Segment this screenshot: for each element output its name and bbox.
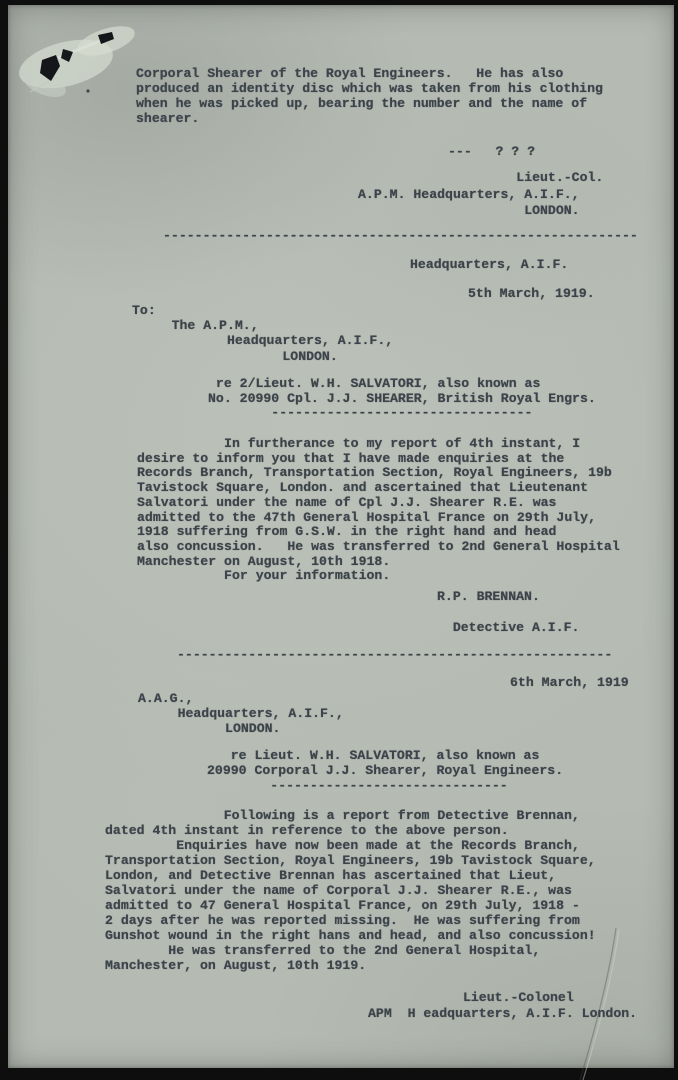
query-marks-text: --- ? ? ? [448,145,535,160]
dashed-separator: ----------------------------------------… [177,648,612,663]
date-line-6-march: 6th March, 1919 [510,676,629,691]
dashed-separator: ----------------------------------------… [163,229,638,244]
subject-line-block: re 2/Lieut. W.H. SALVATORI, also known a… [208,377,596,421]
report-body-paragraph: In furtherance to my report of 4th insta… [137,437,620,584]
report-body-paragraph: Following is a report from Detective Bre… [105,808,596,973]
scanned-letter-page: Corporal Shearer of the Royal Engineers.… [0,0,678,1080]
signature-block-brennan: R.P. BRENNAN. Detective A.I.F. [437,589,579,636]
intro-paragraph-text: Corporal Shearer of the Royal Engineers.… [136,67,603,127]
signature-block-lieut-colonel: Lieut.-Colonel APM H eadquarters, A.I.F.… [368,990,637,1021]
recipient-address-block-aag: A.A.G., Headquarters, A.I.F., LONDON. [138,691,344,737]
subject-line-block: re Lieut. W.H. SALVATORI, also known as … [207,748,563,794]
letterhead-headquarters: Headquarters, A.I.F. [410,258,568,273]
date-line-5-march: 5th March, 1919. [468,287,595,302]
signature-block-apm: Lieut.-Col. A.P.M. Headquarters, A.I.F.,… [358,170,603,220]
recipient-address-block: To: The A.P.M., Headquarters, A.I.F., LO… [132,303,393,364]
